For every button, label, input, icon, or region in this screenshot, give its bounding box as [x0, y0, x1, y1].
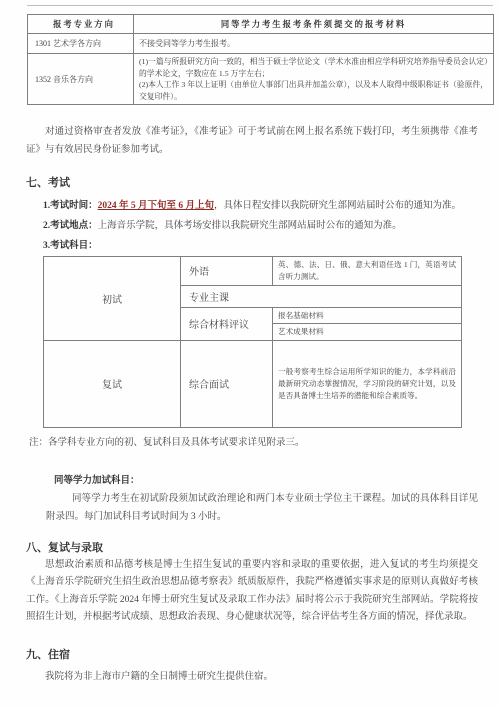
exam-subjects-item: 3.考试科目：	[43, 236, 478, 256]
table-row: 初试 外语 英、德、法、日、俄、意大利语任选 1 门，英语考试含听力测试。	[44, 257, 462, 285]
interview-desc-cell: 一般考察考生综合运用所学知识的能力，本学科前沿最新研究动态掌握情况，学习阶段的研…	[273, 340, 462, 427]
exam-info-list: 1.考试时间：2024 年 5 月下旬至 6 月上旬，具体日程安排以我院研究生部…	[43, 196, 478, 256]
first-round-cell: 初试	[44, 257, 181, 340]
materials-cell: (1)一篇与所报研究方向一致的，相当于硕士学位论文（学术水准由相应学科研究培养指…	[134, 54, 494, 105]
section-accommodation-paragraph: 我院将为非上海市户籍的全日制博士研究生提供住宿。	[45, 668, 478, 682]
direction-cell: 1301 艺术学各方向	[28, 34, 134, 54]
additional-exam-heading: 同等学力加试科目：	[54, 472, 478, 486]
eligibility-col2-header: 同等学力考生报考条件须提交的报考材料	[134, 15, 494, 34]
materials-review-cell: 综合材料评议	[181, 307, 273, 340]
eligibility-col1-header: 报考专业方向	[28, 15, 134, 34]
materials-basic-cell: 报名基础材料	[273, 307, 462, 324]
materials-cell: 不接受同等学力考生报考。	[134, 34, 494, 54]
exam-time-item: 1.考试时间：2024 年 5 月下旬至 6 月上旬，具体日程安排以我院研究生部…	[43, 196, 478, 216]
eligibility-header-row: 报考专业方向 同等学力考生报考条件须提交的报考材料	[28, 15, 494, 34]
foreign-language-desc-cell: 英、德、法、日、俄、意大利语任选 1 门，英语考试含听力测试。	[273, 257, 462, 285]
exam-time-rest: ，具体日程安排以我院研究生部网站届时公布的通知为准。	[214, 201, 461, 211]
exam-subjects-label: 3.考试科目：	[43, 241, 98, 251]
admission-ticket-paragraph: 对通过资格审查者发放《准考证》，《准考证》可于考试前在网上报名系统下载打印，考生…	[26, 124, 478, 159]
table-row: 复试 综合面试 一般考察考生综合运用所学知识的能力，本学科前沿最新研究动态掌握情…	[44, 340, 462, 427]
exam-time-label: 1.考试时间：	[43, 201, 98, 211]
exam-location-label: 2.考试地点：	[43, 221, 98, 231]
eligibility-table: 报考专业方向 同等学力考生报考条件须提交的报考材料 1301 艺术学各方向 不接…	[27, 14, 494, 105]
interview-cell: 综合面试	[181, 340, 273, 427]
exam-time-highlight: 2024 年 5 月下旬至 6 月上旬	[98, 201, 214, 211]
second-round-cell: 复试	[44, 340, 181, 427]
additional-exam-paragraph: 同等学力考生在初试阶段须加试政治理论和两门本专业硕士学位主干课程。加试的具体科目…	[46, 490, 478, 526]
exam-subjects-table: 初试 外语 英、德、法、日、俄、意大利语任选 1 门，英语考试含听力测试。 专业…	[43, 256, 462, 427]
section-exam-heading: 七、考试	[26, 177, 478, 190]
foreign-language-cell: 外语	[181, 257, 273, 285]
exam-location-rest: 上海音乐学院，具体考场安排以我院研究生部网站届时公布的通知为准。	[98, 221, 402, 231]
document-page: 报考专业方向 同等学力考生报考条件须提交的报考材料 1301 艺术学各方向 不接…	[0, 0, 500, 707]
table-row: 1301 艺术学各方向 不接受同等学力考生报考。	[28, 34, 494, 54]
section-admission-paragraph: 思想政治素质和品德考核是博士生招生复试的重要内容和录取的重要依据，进入复试的考生…	[26, 557, 478, 627]
exam-location-item: 2.考试地点：上海音乐学院，具体考场安排以我院研究生部网站届时公布的通知为准。	[43, 216, 478, 236]
section-accommodation-heading: 九、住宿	[26, 649, 478, 662]
document-content: 报考专业方向 同等学力考生报考条件须提交的报考材料 1301 艺术学各方向 不接…	[0, 0, 500, 682]
table-note: 注：各学科专业方向的初、复试科目及具体考试要求详见附录三。	[29, 434, 478, 448]
major-course-cell: 专业主课	[181, 285, 462, 307]
section-admission-heading: 八、复试与录取	[26, 542, 478, 555]
table-row: 1352 音乐各方向 (1)一篇与所报研究方向一致的，相当于硕士学位论文（学术水…	[28, 54, 494, 105]
direction-cell: 1352 音乐各方向	[28, 54, 134, 105]
materials-art-cell: 艺术成果材料	[273, 324, 462, 341]
